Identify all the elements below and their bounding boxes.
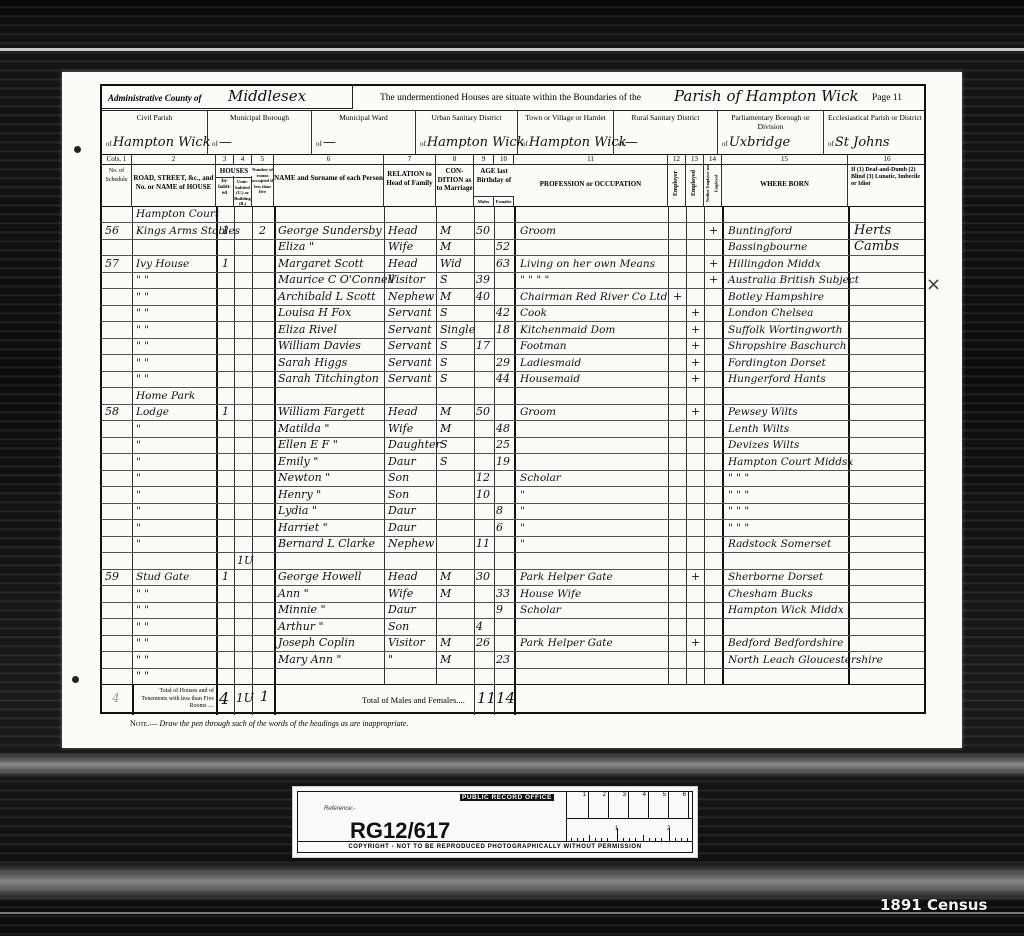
parish-value: Parish of Hampton Wick bbox=[674, 87, 859, 105]
col-relation: RELATION to Head of Family bbox=[384, 164, 436, 206]
birthplace: Pewsey Wilts bbox=[728, 404, 798, 420]
birthplace: Bedford Bedfordshire bbox=[728, 635, 843, 651]
census-row: 1U bbox=[102, 553, 924, 570]
person-name: Harriet " bbox=[278, 520, 328, 536]
relation-to-head: Daur bbox=[388, 520, 416, 536]
person-name: Arthur " bbox=[278, 619, 324, 635]
female-age: 63 bbox=[496, 256, 510, 272]
birthplace: Botley Hampshire bbox=[728, 289, 824, 305]
birthplace: Radstock Somerset bbox=[728, 536, 831, 552]
totals-margin-mark: 4 bbox=[112, 691, 120, 705]
relation-to-head: Son bbox=[388, 619, 409, 635]
census-row: "Henry "Son10"" " " bbox=[102, 487, 924, 504]
marital-condition: S bbox=[440, 272, 448, 288]
occupation: Cook bbox=[520, 305, 547, 321]
birthplace: Shropshire Baschurch bbox=[728, 338, 847, 354]
occupation: Housemaid bbox=[520, 371, 580, 387]
male-age: 39 bbox=[476, 272, 490, 288]
marital-condition: M bbox=[440, 569, 451, 585]
birthplace: Fordington Dorset bbox=[728, 355, 826, 371]
relation-to-head: Son bbox=[388, 470, 409, 486]
col-neither: Neither Employer nor Employed bbox=[704, 164, 722, 206]
person-name: Joseph Coplin bbox=[278, 635, 355, 651]
female-age: 23 bbox=[496, 652, 510, 668]
relation-to-head: Visitor bbox=[388, 272, 425, 288]
area-ecclesiastical-parish: Ecclesiastical Parish or District ofSt J… bbox=[824, 110, 926, 154]
house-address: Home Park bbox=[136, 388, 195, 404]
birthplace: North Leach Gloucestershire bbox=[728, 652, 883, 668]
county-box: Administrative County of Middlesex bbox=[102, 86, 353, 109]
census-row: " "Mary Ann ""M23North Leach Gloucesters… bbox=[102, 652, 924, 669]
employed-mark: + bbox=[691, 371, 700, 387]
relation-to-head: Servant bbox=[388, 338, 432, 354]
total-inhabited: 4 bbox=[219, 689, 229, 708]
col-condition: CON-DITION as to Marriage bbox=[436, 164, 474, 206]
footnote: Note.— Draw the pen through such of the … bbox=[130, 719, 408, 728]
occupation: Ladiesmaid bbox=[520, 355, 581, 371]
employed-mark: + bbox=[691, 404, 700, 420]
total-females: 14 bbox=[496, 689, 515, 707]
male-age: 17 bbox=[476, 338, 490, 354]
female-age: 52 bbox=[496, 239, 510, 255]
occupation: Chairman Red River Co Ltd bbox=[520, 289, 667, 305]
marital-condition: S bbox=[440, 371, 448, 387]
person-name: Archibald L Scott bbox=[278, 289, 376, 305]
relation-to-head: Wife bbox=[388, 239, 413, 255]
houses-inhabited: 1 bbox=[222, 256, 229, 272]
occupation: Park Helper Gate bbox=[520, 635, 613, 651]
column-headings: No. of Schedule ROAD, STREET, &c., and N… bbox=[102, 164, 924, 207]
col-name: NAME and Surname of each Person bbox=[274, 164, 384, 206]
employed-mark: + bbox=[691, 569, 700, 585]
birthplace: " " " bbox=[728, 503, 749, 519]
schedule-number: 59 bbox=[105, 569, 119, 585]
total-males: 11 bbox=[477, 689, 496, 707]
person-name: Margaret Scott bbox=[278, 256, 364, 272]
houses-inhabited: 1 bbox=[222, 223, 229, 239]
occupation: Living on her own Means bbox=[520, 256, 655, 272]
census-row: " "Ann "WifeM33House WifeChesham Bucks bbox=[102, 586, 924, 603]
person-name: Eliza " bbox=[278, 239, 314, 255]
marital-condition: M bbox=[440, 421, 451, 437]
house-address: " " bbox=[136, 338, 149, 354]
occupation: " " " " bbox=[520, 272, 549, 288]
occupation: " bbox=[520, 503, 525, 519]
census-row: "Emily "DaurS19Hampton Court Middsx bbox=[102, 454, 924, 471]
houses-uninhabited: 1U bbox=[237, 553, 253, 569]
house-address: " " bbox=[136, 668, 149, 684]
birthplace: Suffolk Wortingworth bbox=[728, 322, 843, 338]
relation-to-head: Daughter bbox=[388, 437, 441, 453]
birthplace: Hampton Court Middsx bbox=[728, 454, 853, 470]
margin-cross-mark: × bbox=[926, 274, 941, 295]
marital-condition: M bbox=[440, 586, 451, 602]
house-address: " " bbox=[136, 652, 149, 668]
col-infirmity: If (1) Deaf-and-Dumb (2) Blind (3) Lunat… bbox=[848, 164, 926, 206]
person-name: William Davies bbox=[278, 338, 361, 354]
col-where-born: WHERE BORN bbox=[722, 164, 848, 206]
census-row: " " bbox=[102, 668, 924, 685]
census-row: Home Park bbox=[102, 388, 924, 405]
occupation: House Wife bbox=[520, 586, 581, 602]
total-uninhabited: 1U bbox=[236, 691, 254, 705]
house-address: " " bbox=[136, 371, 149, 387]
census-row: " "Maurice C O'ConnellVisitorS39" " " "+… bbox=[102, 272, 924, 289]
person-name: Sarah Titchington bbox=[278, 371, 379, 387]
area-rural-sanitary-district: Rural Sanitary District of— bbox=[614, 110, 718, 154]
occupation: Park Helper Gate bbox=[520, 569, 613, 585]
census-page: Administrative County of Middlesex The u… bbox=[62, 72, 962, 748]
person-name: Louisa H Fox bbox=[278, 305, 351, 321]
occupation: Kitchenmaid Dom bbox=[520, 322, 615, 338]
schedule-number: 58 bbox=[105, 404, 119, 420]
census-row: Hampton Court bbox=[102, 206, 924, 223]
houses-inhabited: 1 bbox=[222, 569, 229, 585]
col-occupation: PROFESSION or OCCUPATION bbox=[514, 164, 668, 206]
infirmity-note: Herts bbox=[854, 223, 891, 239]
relation-to-head: Head bbox=[388, 404, 418, 420]
census-row: "Harriet "Daur6"" " " bbox=[102, 520, 924, 537]
female-age: 9 bbox=[496, 602, 503, 618]
birthplace: Chesham Bucks bbox=[728, 586, 813, 602]
scan-artifact-line bbox=[0, 912, 1024, 914]
binding-hole bbox=[74, 146, 81, 153]
marital-condition: S bbox=[440, 355, 448, 371]
birthplace: Hillingdon Middx bbox=[728, 256, 821, 272]
house-address: Ivy House bbox=[136, 256, 189, 272]
census-row: " "Joseph CoplinVisitorM26Park Helper Ga… bbox=[102, 635, 924, 652]
female-age: 25 bbox=[496, 437, 510, 453]
census-row: " "Minnie "Daur9ScholarHampton Wick Midd… bbox=[102, 602, 924, 619]
copyright-notice: COPYRIGHT - NOT TO BE REPRODUCED PHOTOGR… bbox=[298, 841, 692, 852]
relation-to-head: Head bbox=[388, 223, 418, 239]
relation-to-head: Son bbox=[388, 487, 409, 503]
census-row: " "Archibald L ScottNephewM40Chairman Re… bbox=[102, 289, 924, 306]
employed-mark: + bbox=[691, 338, 700, 354]
schedule-number: 56 bbox=[105, 223, 119, 239]
employed-mark: + bbox=[691, 635, 700, 651]
house-address: " bbox=[136, 503, 141, 519]
infirmity-note: Cambs bbox=[854, 239, 899, 255]
relation-to-head: Daur bbox=[388, 602, 416, 618]
form-header: Administrative County of Middlesex The u… bbox=[102, 86, 924, 111]
male-age: 26 bbox=[476, 635, 490, 651]
birthplace: " " " bbox=[728, 520, 749, 536]
birthplace: Sherborne Dorset bbox=[728, 569, 823, 585]
birthplace: Devizes Wilts bbox=[728, 437, 799, 453]
female-age: 8 bbox=[496, 503, 503, 519]
house-address: " " bbox=[136, 635, 149, 651]
house-address: " " bbox=[136, 355, 149, 371]
male-age: 40 bbox=[476, 289, 490, 305]
employed-mark: + bbox=[691, 322, 700, 338]
area-headers: Civil Parish ofHampton Wick Municipal Bo… bbox=[102, 110, 924, 155]
house-address: " bbox=[136, 487, 141, 503]
marital-condition: M bbox=[440, 223, 451, 239]
house-address: Stud Gate bbox=[136, 569, 189, 585]
marital-condition: M bbox=[440, 289, 451, 305]
neither-mark: + bbox=[709, 256, 718, 272]
female-age: 19 bbox=[496, 454, 510, 470]
relation-to-head: Servant bbox=[388, 322, 432, 338]
person-name: Lydia " bbox=[278, 503, 317, 519]
census-row: 58Lodge1William FargettHeadM50Groom+Pews… bbox=[102, 404, 924, 421]
county-label: Administrative County of bbox=[108, 93, 202, 103]
census-row: "Bernard L ClarkeNephew11"Radstock Somer… bbox=[102, 536, 924, 553]
relation-to-head: Head bbox=[388, 569, 418, 585]
house-address: Lodge bbox=[136, 404, 169, 420]
schedule-number: 57 bbox=[105, 256, 119, 272]
census-row: " "Arthur "Son4 bbox=[102, 619, 924, 636]
person-name: Emily " bbox=[278, 454, 318, 470]
relation-to-head: " bbox=[388, 652, 393, 668]
male-age: 4 bbox=[476, 619, 483, 635]
occupation: " bbox=[520, 536, 525, 552]
house-address: " " bbox=[136, 586, 149, 602]
house-address: " bbox=[136, 536, 141, 552]
totals-row: 4 Total of Houses and of Tenements with … bbox=[102, 684, 924, 715]
person-name: Henry " bbox=[278, 487, 321, 503]
census-form: Administrative County of Middlesex The u… bbox=[100, 84, 926, 714]
person-name: Ellen E F " bbox=[278, 437, 338, 453]
census-row: " "William DaviesServantS17Footman+Shrop… bbox=[102, 338, 924, 355]
person-name: Mary Ann " bbox=[278, 652, 341, 668]
house-address: " " bbox=[136, 322, 149, 338]
census-year-watermark: 1891 Census bbox=[880, 896, 987, 914]
relation-to-head: Nephew bbox=[388, 289, 434, 305]
census-row: " "Sarah HiggsServantS29Ladiesmaid+Fordi… bbox=[102, 355, 924, 372]
birthplace: Bassingbourne bbox=[728, 239, 807, 255]
census-entries: Hampton Court56Kings Arms Stables12Georg… bbox=[102, 206, 924, 684]
marital-condition: M bbox=[440, 239, 451, 255]
female-age: 18 bbox=[496, 322, 510, 338]
county-value: Middlesex bbox=[228, 87, 306, 105]
relation-to-head: Wife bbox=[388, 586, 413, 602]
record-office-label: PUBLIC RECORD OFFICE bbox=[460, 794, 554, 801]
person-name: Bernard L Clarke bbox=[278, 536, 375, 552]
marital-condition: S bbox=[440, 338, 448, 354]
female-age: 42 bbox=[496, 305, 510, 321]
col-schedule: No. of Schedule bbox=[102, 164, 132, 206]
census-row: 57Ivy House1Margaret ScottHeadWid63Livin… bbox=[102, 256, 924, 273]
house-address: " bbox=[136, 520, 141, 536]
area-urban-sanitary-district: Urban Sanitary District ofHampton Wick bbox=[416, 110, 518, 154]
male-age: 11 bbox=[476, 536, 490, 552]
col-males: Males bbox=[474, 196, 494, 206]
marital-condition: S bbox=[440, 454, 448, 470]
scan-artifact-line bbox=[0, 48, 1024, 51]
male-age: 50 bbox=[476, 223, 490, 239]
census-row: "Lydia "Daur8"" " " bbox=[102, 503, 924, 520]
occupation: Scholar bbox=[520, 470, 561, 486]
employed-mark: + bbox=[691, 355, 700, 371]
person-name: Eliza Rivel bbox=[278, 322, 337, 338]
birthplace: London Chelsea bbox=[728, 305, 813, 321]
marital-condition: Wid bbox=[440, 256, 462, 272]
employer-mark: + bbox=[673, 289, 682, 305]
person-name: Sarah Higgs bbox=[278, 355, 347, 371]
male-age: 50 bbox=[476, 404, 490, 420]
census-row: 59Stud Gate1George HowellHeadM30Park Hel… bbox=[102, 569, 924, 586]
marital-condition: M bbox=[440, 652, 451, 668]
census-row: 56Kings Arms Stables12George SundersbyHe… bbox=[102, 223, 924, 240]
employed-mark: + bbox=[691, 305, 700, 321]
marital-condition: M bbox=[440, 404, 451, 420]
house-address: " bbox=[136, 454, 141, 470]
census-row: "Matilda "WifeM48Lenth Wilts bbox=[102, 421, 924, 438]
area-town-village: Town or Village or Hamlet ofHampton Wick bbox=[518, 110, 614, 154]
relation-to-head: Wife bbox=[388, 421, 413, 437]
occupation: " bbox=[520, 487, 525, 503]
census-row: " "Louisa H FoxServantS42Cook+London Che… bbox=[102, 305, 924, 322]
birthplace: Hampton Wick Middx bbox=[728, 602, 844, 618]
relation-to-head: Daur bbox=[388, 454, 416, 470]
relation-to-head: Nephew bbox=[388, 536, 434, 552]
marital-condition: Single bbox=[440, 322, 475, 338]
area-municipal-borough: Municipal Borough of— bbox=[208, 110, 312, 154]
census-row: " "Eliza RivelServantSingle18Kitchenmaid… bbox=[102, 322, 924, 339]
person-name: George Howell bbox=[278, 569, 361, 585]
female-age: 29 bbox=[496, 355, 510, 371]
scan-artifact-band bbox=[0, 752, 1024, 778]
person-name: George Sundersby bbox=[278, 223, 382, 239]
col-employed: Employed bbox=[686, 164, 704, 206]
house-address: " " bbox=[136, 619, 149, 635]
birthplace: Lenth Wilts bbox=[728, 421, 789, 437]
person-name: Ann " bbox=[278, 586, 309, 602]
neither-mark: + bbox=[709, 223, 718, 239]
relation-to-head: Visitor bbox=[388, 635, 425, 651]
census-row: "Ellen E F "DaughterS25Devizes Wilts bbox=[102, 437, 924, 454]
house-address: Hampton Court bbox=[136, 206, 219, 222]
col-rooms: Number of rooms occupied if less than fi… bbox=[252, 164, 274, 206]
col-inhabited: In-habit-ed bbox=[216, 176, 234, 206]
occupation: Scholar bbox=[520, 602, 561, 618]
female-age: 48 bbox=[496, 421, 510, 437]
area-municipal-ward: Municipal Ward of— bbox=[312, 110, 416, 154]
person-name: William Fargett bbox=[278, 404, 365, 420]
col-females: Females bbox=[494, 196, 514, 206]
col-uninhabited: Unin-habited (U.) or Building (B.) bbox=[234, 176, 252, 206]
binding-hole bbox=[72, 676, 79, 683]
house-address: " " bbox=[136, 305, 149, 321]
boundary-text: The undermentioned Houses are situate wi… bbox=[380, 93, 641, 103]
col-employer: Employer bbox=[668, 164, 686, 206]
relation-to-head: Servant bbox=[388, 371, 432, 387]
houses-total-label: Total of Houses and of Tenements with le… bbox=[138, 688, 214, 711]
person-name: Newton " bbox=[278, 470, 330, 486]
census-row: " "Sarah TitchingtonServantS44Housemaid+… bbox=[102, 371, 924, 388]
area-parliamentary-borough: Parliamentary Borough or Division ofUxbr… bbox=[718, 110, 824, 154]
house-address: " bbox=[136, 437, 141, 453]
page-label: Page 11 bbox=[872, 93, 902, 103]
person-name: Matilda " bbox=[278, 421, 329, 437]
house-address: " " bbox=[136, 602, 149, 618]
female-age: 6 bbox=[496, 520, 503, 536]
relation-to-head: Head bbox=[388, 256, 418, 272]
occupation: Groom bbox=[520, 404, 556, 420]
reference-label: Reference:- bbox=[324, 806, 355, 812]
census-row: "Newton "Son12Scholar" " " bbox=[102, 470, 924, 487]
occupation: Groom bbox=[520, 223, 556, 239]
house-address: " bbox=[136, 421, 141, 437]
birthplace: " " " bbox=[728, 470, 749, 486]
relation-to-head: Daur bbox=[388, 503, 416, 519]
neither-mark: + bbox=[709, 272, 718, 288]
male-age: 12 bbox=[476, 470, 490, 486]
marital-condition: S bbox=[440, 437, 448, 453]
occupation: " bbox=[520, 520, 525, 536]
col-address: ROAD, STREET, &c., and No. or NAME of HO… bbox=[132, 164, 216, 206]
scale-ruler: 1 2 3 4 5 6 1 2 bbox=[566, 792, 692, 842]
female-age: 33 bbox=[496, 586, 510, 602]
birthplace: Australia British Subject bbox=[728, 272, 859, 288]
marital-condition: M bbox=[440, 635, 451, 651]
census-row: Eliza "WifeM52BassingbourneCambs bbox=[102, 239, 924, 256]
house-address: " " bbox=[136, 289, 149, 305]
birthplace: Buntingford bbox=[728, 223, 792, 239]
person-name: Maurice C O'Connell bbox=[278, 272, 395, 288]
area-civil-parish: Civil Parish ofHampton Wick bbox=[102, 110, 208, 154]
relation-to-head: Servant bbox=[388, 305, 432, 321]
person-name: Minnie " bbox=[278, 602, 326, 618]
birthplace: Hungerford Hants bbox=[728, 371, 826, 387]
house-address: " " bbox=[136, 272, 149, 288]
houses-inhabited: 1 bbox=[222, 404, 229, 420]
persons-total-label: Total of Males and Females.... bbox=[362, 695, 465, 705]
male-age: 30 bbox=[476, 569, 490, 585]
female-age: 44 bbox=[496, 371, 510, 387]
relation-to-head: Servant bbox=[388, 355, 432, 371]
rooms-count: 2 bbox=[259, 223, 266, 239]
scan-artifact-band bbox=[0, 862, 1024, 902]
male-age: 10 bbox=[476, 487, 490, 503]
total-rooms: 1 bbox=[260, 689, 269, 705]
reference-slip: PUBLIC RECORD OFFICE Reference:- RG12/61… bbox=[292, 786, 698, 858]
house-address: " bbox=[136, 470, 141, 486]
birthplace: " " " bbox=[728, 487, 749, 503]
marital-condition: S bbox=[440, 305, 448, 321]
occupation: Footman bbox=[520, 338, 567, 354]
